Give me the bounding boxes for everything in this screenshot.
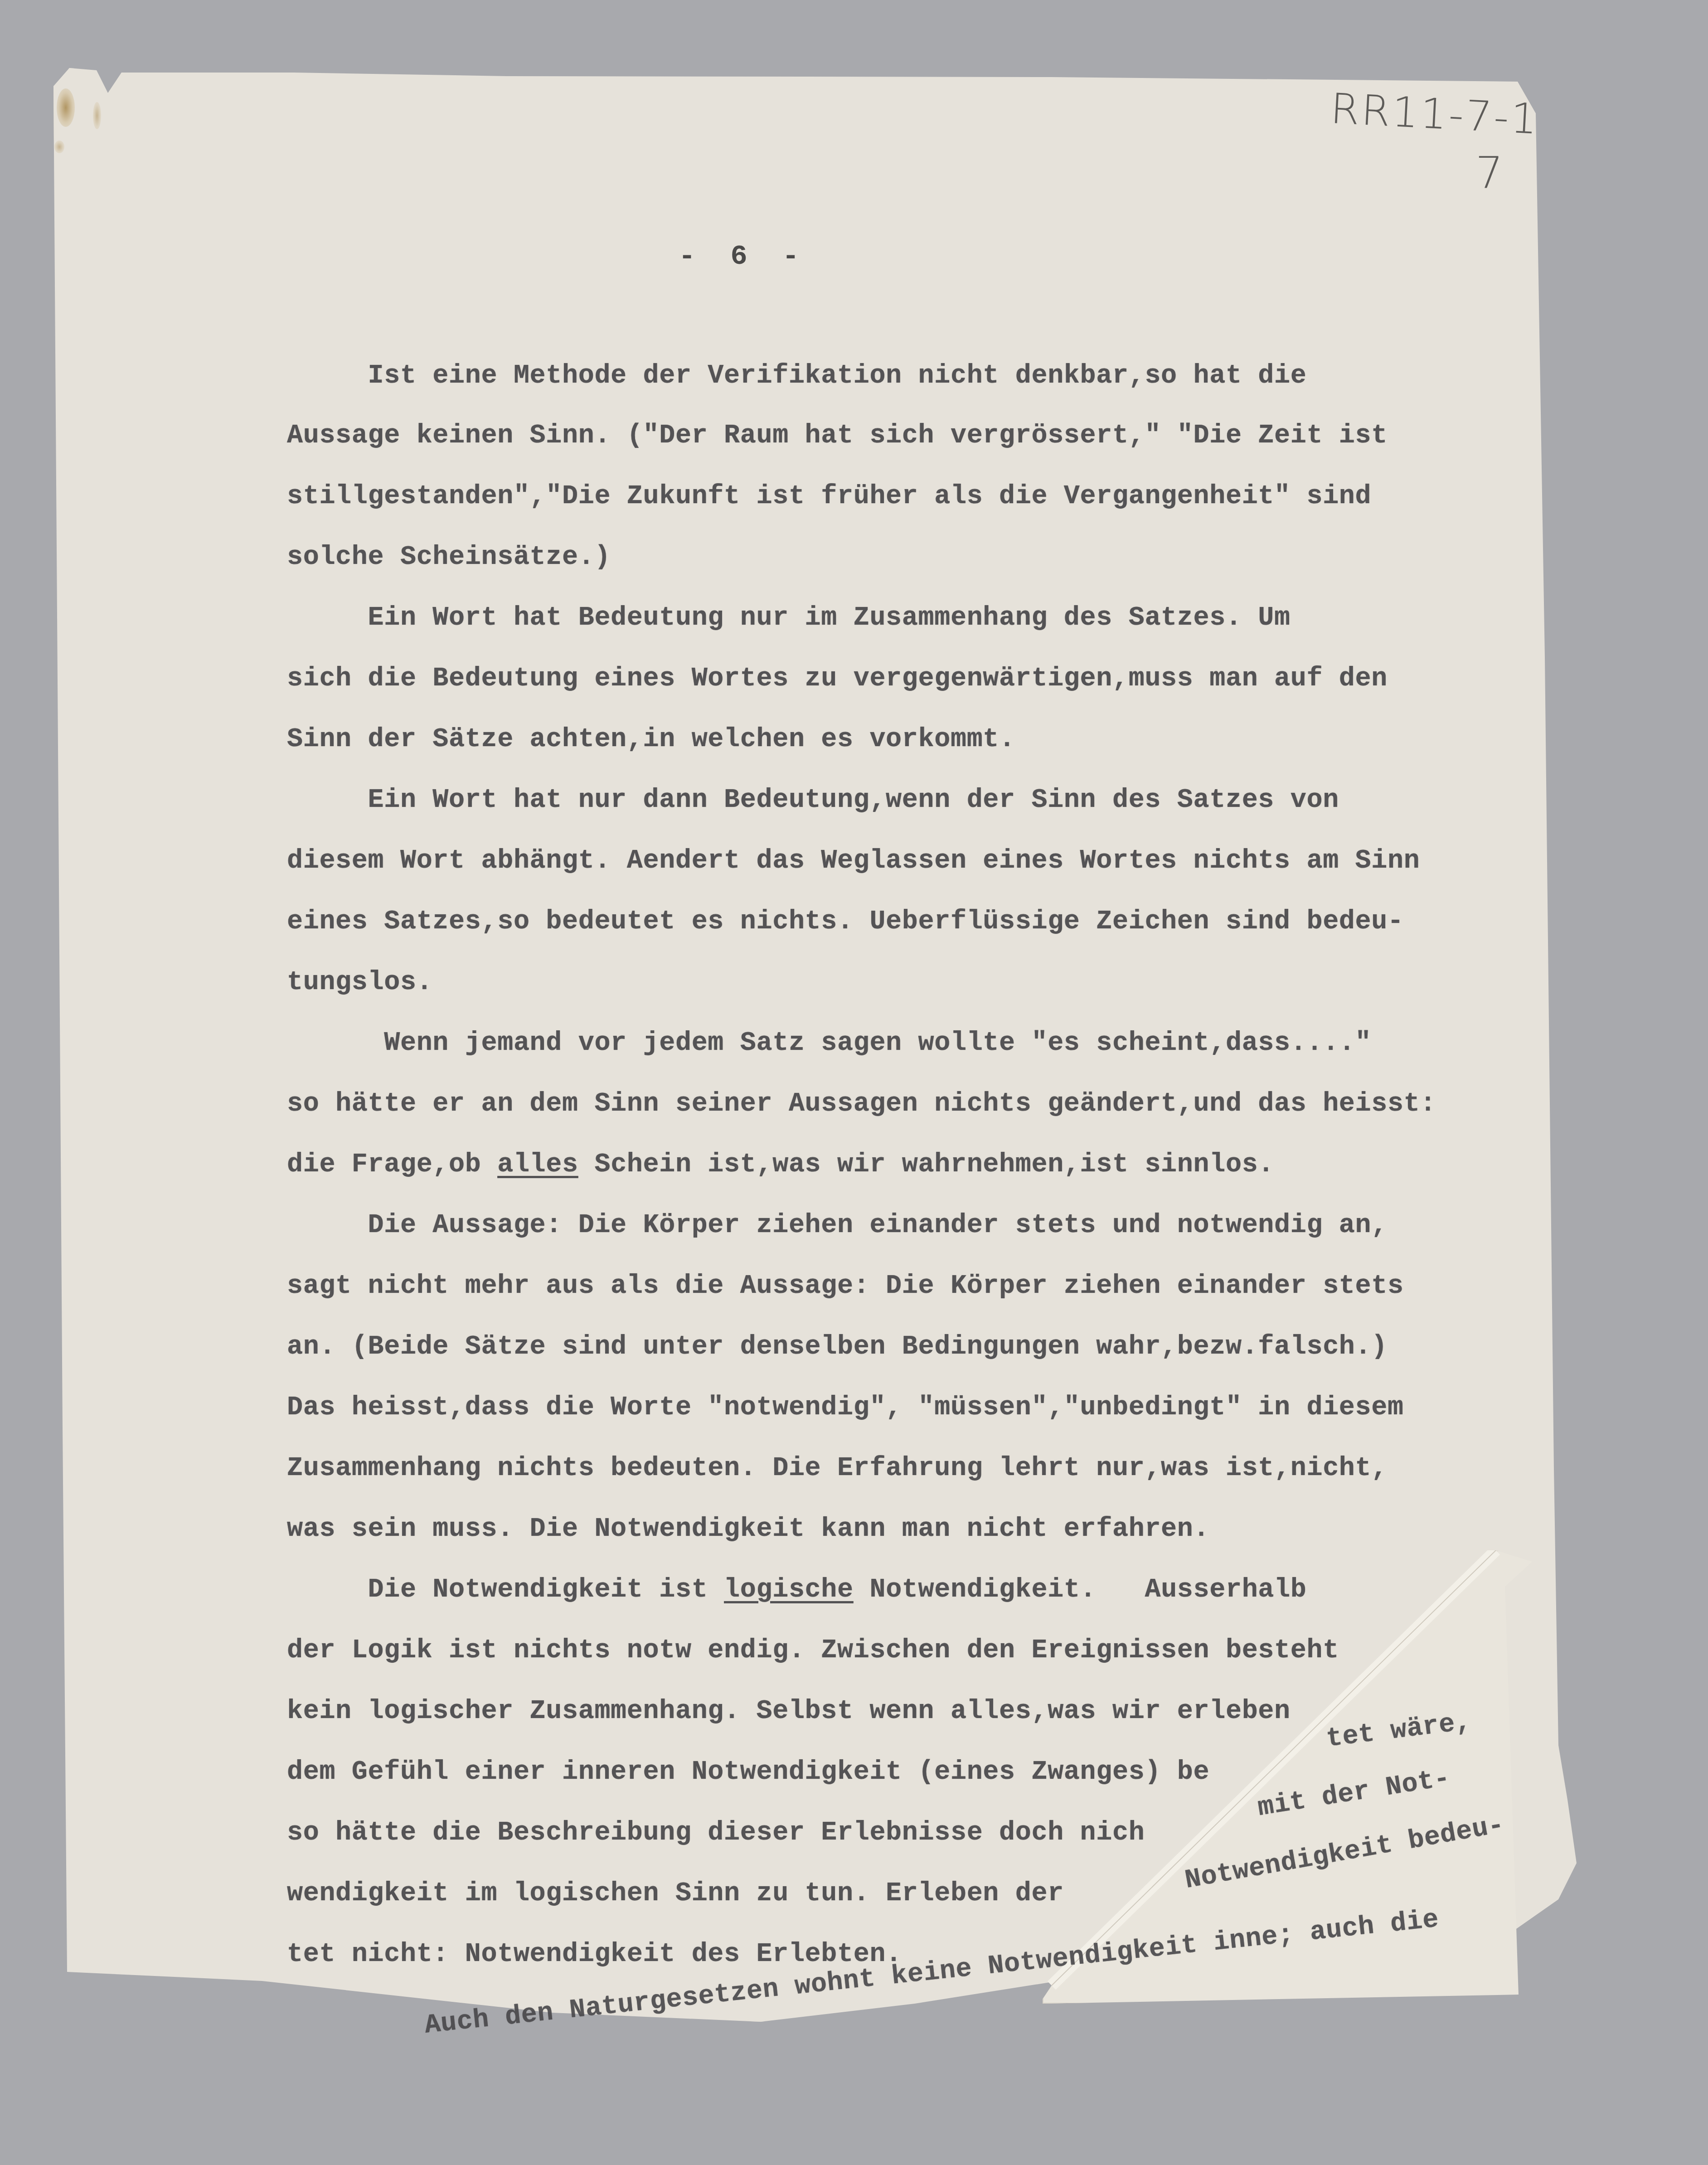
text-segment: Die Notwendigkeit ist — [287, 1574, 724, 1605]
text-line: Ist eine Methode der Verifikation nicht … — [287, 363, 1306, 389]
text-line: Wenn jemand vor jedem Satz sagen wollte … — [287, 1030, 1371, 1057]
sheet-number: 7 — [1475, 147, 1505, 198]
text-line: der Logik ist nichts notw endig. Zwische… — [287, 1637, 1339, 1664]
page-number: - 6 - — [679, 240, 808, 272]
text-line: kein logischer Zusammenhang. Selbst wenn… — [287, 1698, 1291, 1725]
text-line: eines Satzes,so bedeutet es nichts. Uebe… — [287, 908, 1404, 935]
text-segment: Notwendigkeit. Ausserhalb — [854, 1574, 1307, 1605]
text-line: Die Notwendigkeit ist logische Notwendig… — [287, 1577, 1306, 1603]
rust-stain — [54, 141, 64, 153]
text-line: tet nicht: Notwendigkeit des Erlebten. — [287, 1941, 902, 1968]
underlined-word: logische — [724, 1574, 854, 1605]
rust-stain — [93, 102, 101, 129]
rust-stain — [57, 88, 75, 127]
text-line: sich die Bedeutung eines Wortes zu verge… — [287, 665, 1388, 692]
text-line: stillgestanden","Die Zukunft ist früher … — [287, 483, 1371, 510]
text-line: Das heisst,dass die Worte "notwendig", "… — [287, 1394, 1404, 1421]
text-line: wendigkeit im logischen Sinn zu tun. Erl… — [287, 1880, 1064, 1907]
text-line: sagt nicht mehr aus als die Aussage: Die… — [287, 1273, 1404, 1300]
text-line: so hätte er an dem Sinn seiner Aussagen … — [287, 1091, 1436, 1117]
text-line: Aussage keinen Sinn. ("Der Raum hat sich… — [287, 422, 1388, 449]
text-line: an. (Beide Sätze sind unter denselben Be… — [287, 1334, 1388, 1360]
text-line: die Frage,ob alles Schein ist,was wir wa… — [287, 1151, 1274, 1178]
text-line: diesem Wort abhängt. Aendert das Weglass… — [287, 848, 1420, 874]
text-line: dem Gefühl einer inneren Notwendigkeit (… — [287, 1759, 1209, 1786]
text-line: Sinn der Sätze achten,in welchen es vork… — [287, 726, 1015, 753]
text-line: Zusammenhang nichts bedeuten. Die Erfahr… — [287, 1455, 1388, 1482]
text-line: Ein Wort hat Bedeutung nur im Zusammenha… — [287, 605, 1291, 631]
text-line: solche Scheinsätze.) — [287, 544, 611, 571]
text-line: so hätte die Beschreibung dieser Erlebni… — [287, 1820, 1145, 1846]
text-line: was sein muss. Die Notwendigkeit kann ma… — [287, 1516, 1209, 1543]
text-line: Ein Wort hat nur dann Bedeutung,wenn der… — [287, 787, 1339, 814]
underlined-word: alles — [497, 1149, 578, 1180]
text-line: Die Aussage: Die Körper ziehen einander … — [287, 1212, 1388, 1239]
text-segment: Schein ist,was wir wahrnehmen,ist sinnlo… — [578, 1149, 1274, 1180]
text-segment: die Frage,ob — [287, 1149, 497, 1180]
text-line: tungslos. — [287, 969, 432, 996]
